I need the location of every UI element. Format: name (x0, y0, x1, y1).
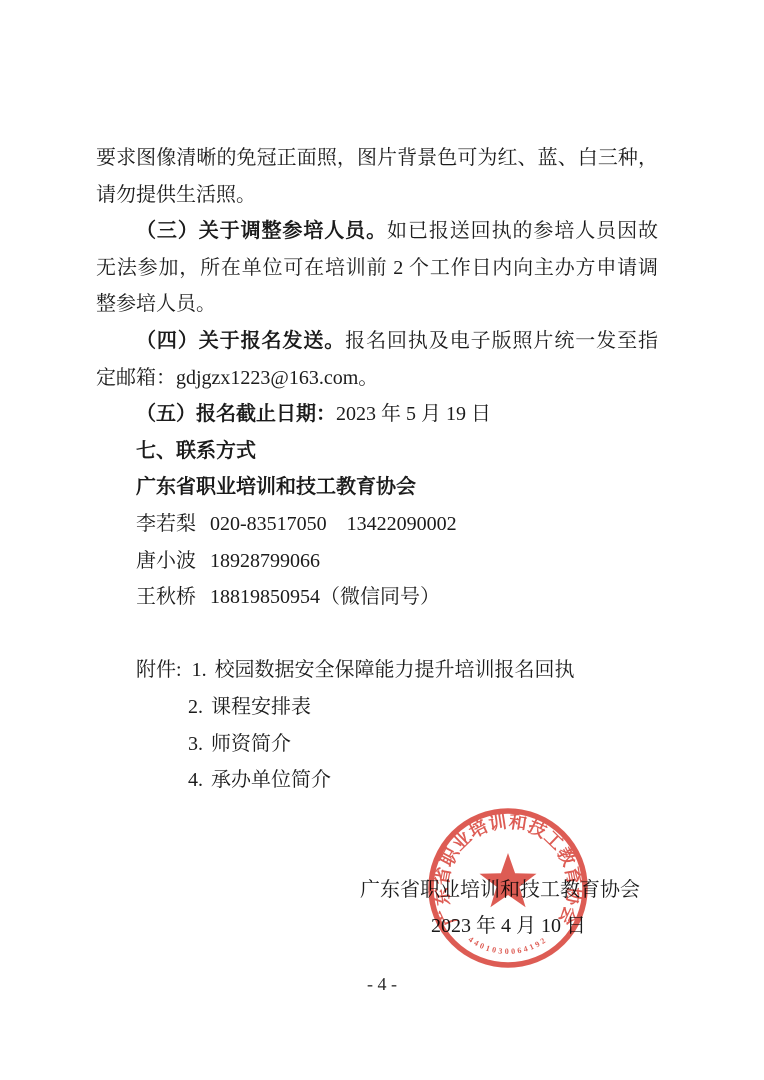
heading-text: 七、联系方式 (136, 440, 256, 462)
document-page: { "accent_color": "#d9453c", "lines": { … (0, 0, 764, 1080)
contact-name: 王秋桥 (136, 586, 196, 608)
contact-phones: 18928799066 (210, 550, 320, 572)
signature-date-text: 2023 年 4 月 10 日 (431, 915, 586, 937)
body-text: 要求图像清晰的免冠正面照，图片背景色可为红、蓝、白三种， (96, 147, 658, 169)
attachment-number: 2. (188, 696, 203, 718)
paragraph-photo-line-2: 请勿提供生活照。 (96, 177, 658, 214)
attachments-label: 附件: (136, 659, 182, 681)
contact-row: 唐小波18928799066 (96, 543, 658, 580)
body-text: 如已报送回执的参培人员因故 (387, 220, 658, 242)
attachment-row: 3.师资简介 (96, 726, 658, 763)
deadline-date: 2023 年 5 月 19 日 (336, 403, 491, 425)
attachment-number: 1. (192, 659, 207, 681)
attachment-number: 3. (188, 733, 203, 755)
spacer (96, 799, 658, 872)
section-4-line-2-email: 定邮箱：gdjgzx1223@163.com。 (96, 360, 658, 397)
contact-row: 王秋桥18819850954（微信同号） (96, 579, 658, 616)
section-3-line-3: 整参培人员。 (96, 286, 658, 323)
organization-name: 广东省职业培训和技工教育协会 (136, 476, 416, 498)
section-3-line-2: 无法参加，所在单位可在培训前 2 个工作日内向主办方申请调 (96, 250, 658, 287)
section-3-line-1: （三）关于调整参培人员。如已报送回执的参培人员因故 (96, 213, 658, 250)
paragraph-photo-line-1: 要求图像清晰的免冠正面照，图片背景色可为红、蓝、白三种， (96, 140, 658, 177)
section-4-line-1: （四）关于报名发送。报名回执及电子版照片统一发至指 (96, 323, 658, 360)
document-body: 要求图像清晰的免冠正面照，图片背景色可为红、蓝、白三种， 请勿提供生活照。 （三… (96, 140, 658, 945)
contact-section-heading: 七、联系方式 (96, 433, 658, 470)
body-text: 整参培人员。 (96, 293, 216, 315)
signature-date: 2023 年 4 月 10 日 (96, 908, 658, 945)
section-4-heading: （四）关于报名发送。 (136, 330, 345, 352)
contact-phones: 020-83517050 13422090002 (210, 513, 457, 535)
spacer (96, 616, 658, 653)
attachment-title: 课程安排表 (211, 696, 311, 718)
signature-org-text: 广东省职业培训和技工教育协会 (360, 879, 640, 901)
page-number: - 4 - (0, 972, 764, 996)
attachment-title: 承办单位简介 (211, 769, 331, 791)
body-text: 无法参加，所在单位可在培训前 2 个工作日内向主办方申请调 (96, 257, 658, 279)
contact-name: 唐小波 (136, 550, 196, 572)
attachment-row: 2.课程安排表 (96, 689, 658, 726)
body-text: 请勿提供生活照。 (96, 184, 256, 206)
contact-name: 李若梨 (136, 513, 196, 535)
body-text: 报名回执及电子版照片统一发至指 (345, 330, 658, 352)
section-5-deadline-line: （五）报名截止日期：2023 年 5 月 19 日 (96, 396, 658, 433)
contact-row: 李若梨020-83517050 13422090002 (96, 506, 658, 543)
contact-organization: 广东省职业培训和技工教育协会 (96, 469, 658, 506)
email-text: 定邮箱：gdjgzx1223@163.com。 (96, 367, 378, 389)
signature-organization: 广东省职业培训和技工教育协会 (96, 872, 658, 909)
contact-phones: 18819850954（微信同号） (210, 586, 440, 608)
attachment-row: 4.承办单位简介 (96, 762, 658, 799)
attachment-title: 校园数据安全保障能力提升培训报名回执 (215, 659, 575, 681)
attachment-title: 师资简介 (211, 733, 291, 755)
attachment-number: 4. (188, 769, 203, 791)
section-5-heading: （五）报名截止日期： (136, 403, 336, 425)
attachment-row: 附件:1.校园数据安全保障能力提升培训报名回执 (96, 652, 658, 689)
section-3-heading: （三）关于调整参培人员。 (136, 220, 387, 242)
